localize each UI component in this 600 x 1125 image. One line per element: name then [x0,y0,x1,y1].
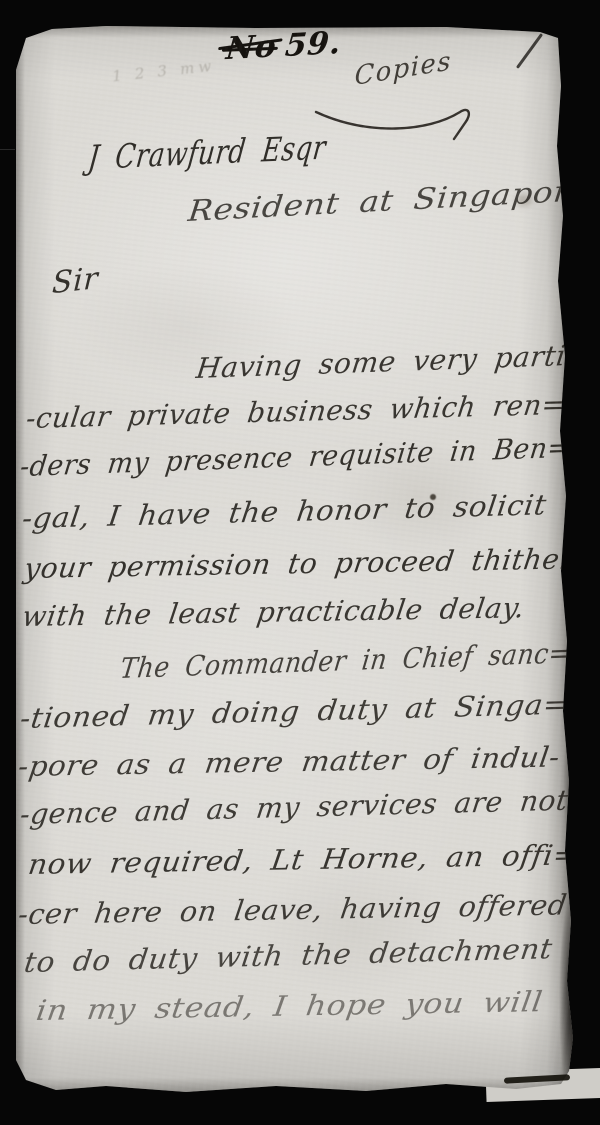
body-line: -ders my presence requisite in Ben= [18,431,572,483]
body-line: your permission to proceed thither [22,542,576,585]
body-line: -cer here on leave, having offered [16,888,569,931]
pencil-note: 1 2 3 mw [111,57,216,86]
body-line: in my stead, I hope you will [34,985,545,1027]
letter-number: No59. [224,26,342,67]
body-line: -gal, I have the honor to solicit [20,488,548,535]
recipient-name-line: J Crawfurd Esqr [86,127,328,177]
left-edge-shadow [16,26,25,1098]
body-line: -gence and as my services are not [18,784,570,831]
salutation: Sir [51,261,99,301]
body-line: -pore as a mere matter of indul- [16,740,562,783]
body-line: The Commander in Chief sanc= [118,636,572,685]
body-line: Having some very parti [194,339,567,385]
body-line: now required, Lt Horne, an offi= [26,838,576,881]
pen-slash-mark [516,33,543,69]
body-line: -tioned my doing duty at Singa= [18,688,571,735]
photographed-page: No59. 1 2 3 mw Copies J Crawfurd EsqrRes… [0,0,600,1125]
letter-number-value: 59. [284,26,343,64]
letter-number-prefix-struck: No [224,28,277,67]
letter-page: No59. 1 2 3 mw Copies J Crawfurd EsqrRes… [16,26,576,1098]
body-line: with the least practicable delay. [20,591,527,633]
margin-scratch-mark [0,149,15,150]
body-line: -cular private business which ren= [24,388,568,435]
body-line: to do duty with the detachment [22,932,554,979]
recipient-title-line: Resident at Singapor [187,174,572,228]
docket-word: Copies [354,46,452,92]
flourish-underline [310,88,482,152]
